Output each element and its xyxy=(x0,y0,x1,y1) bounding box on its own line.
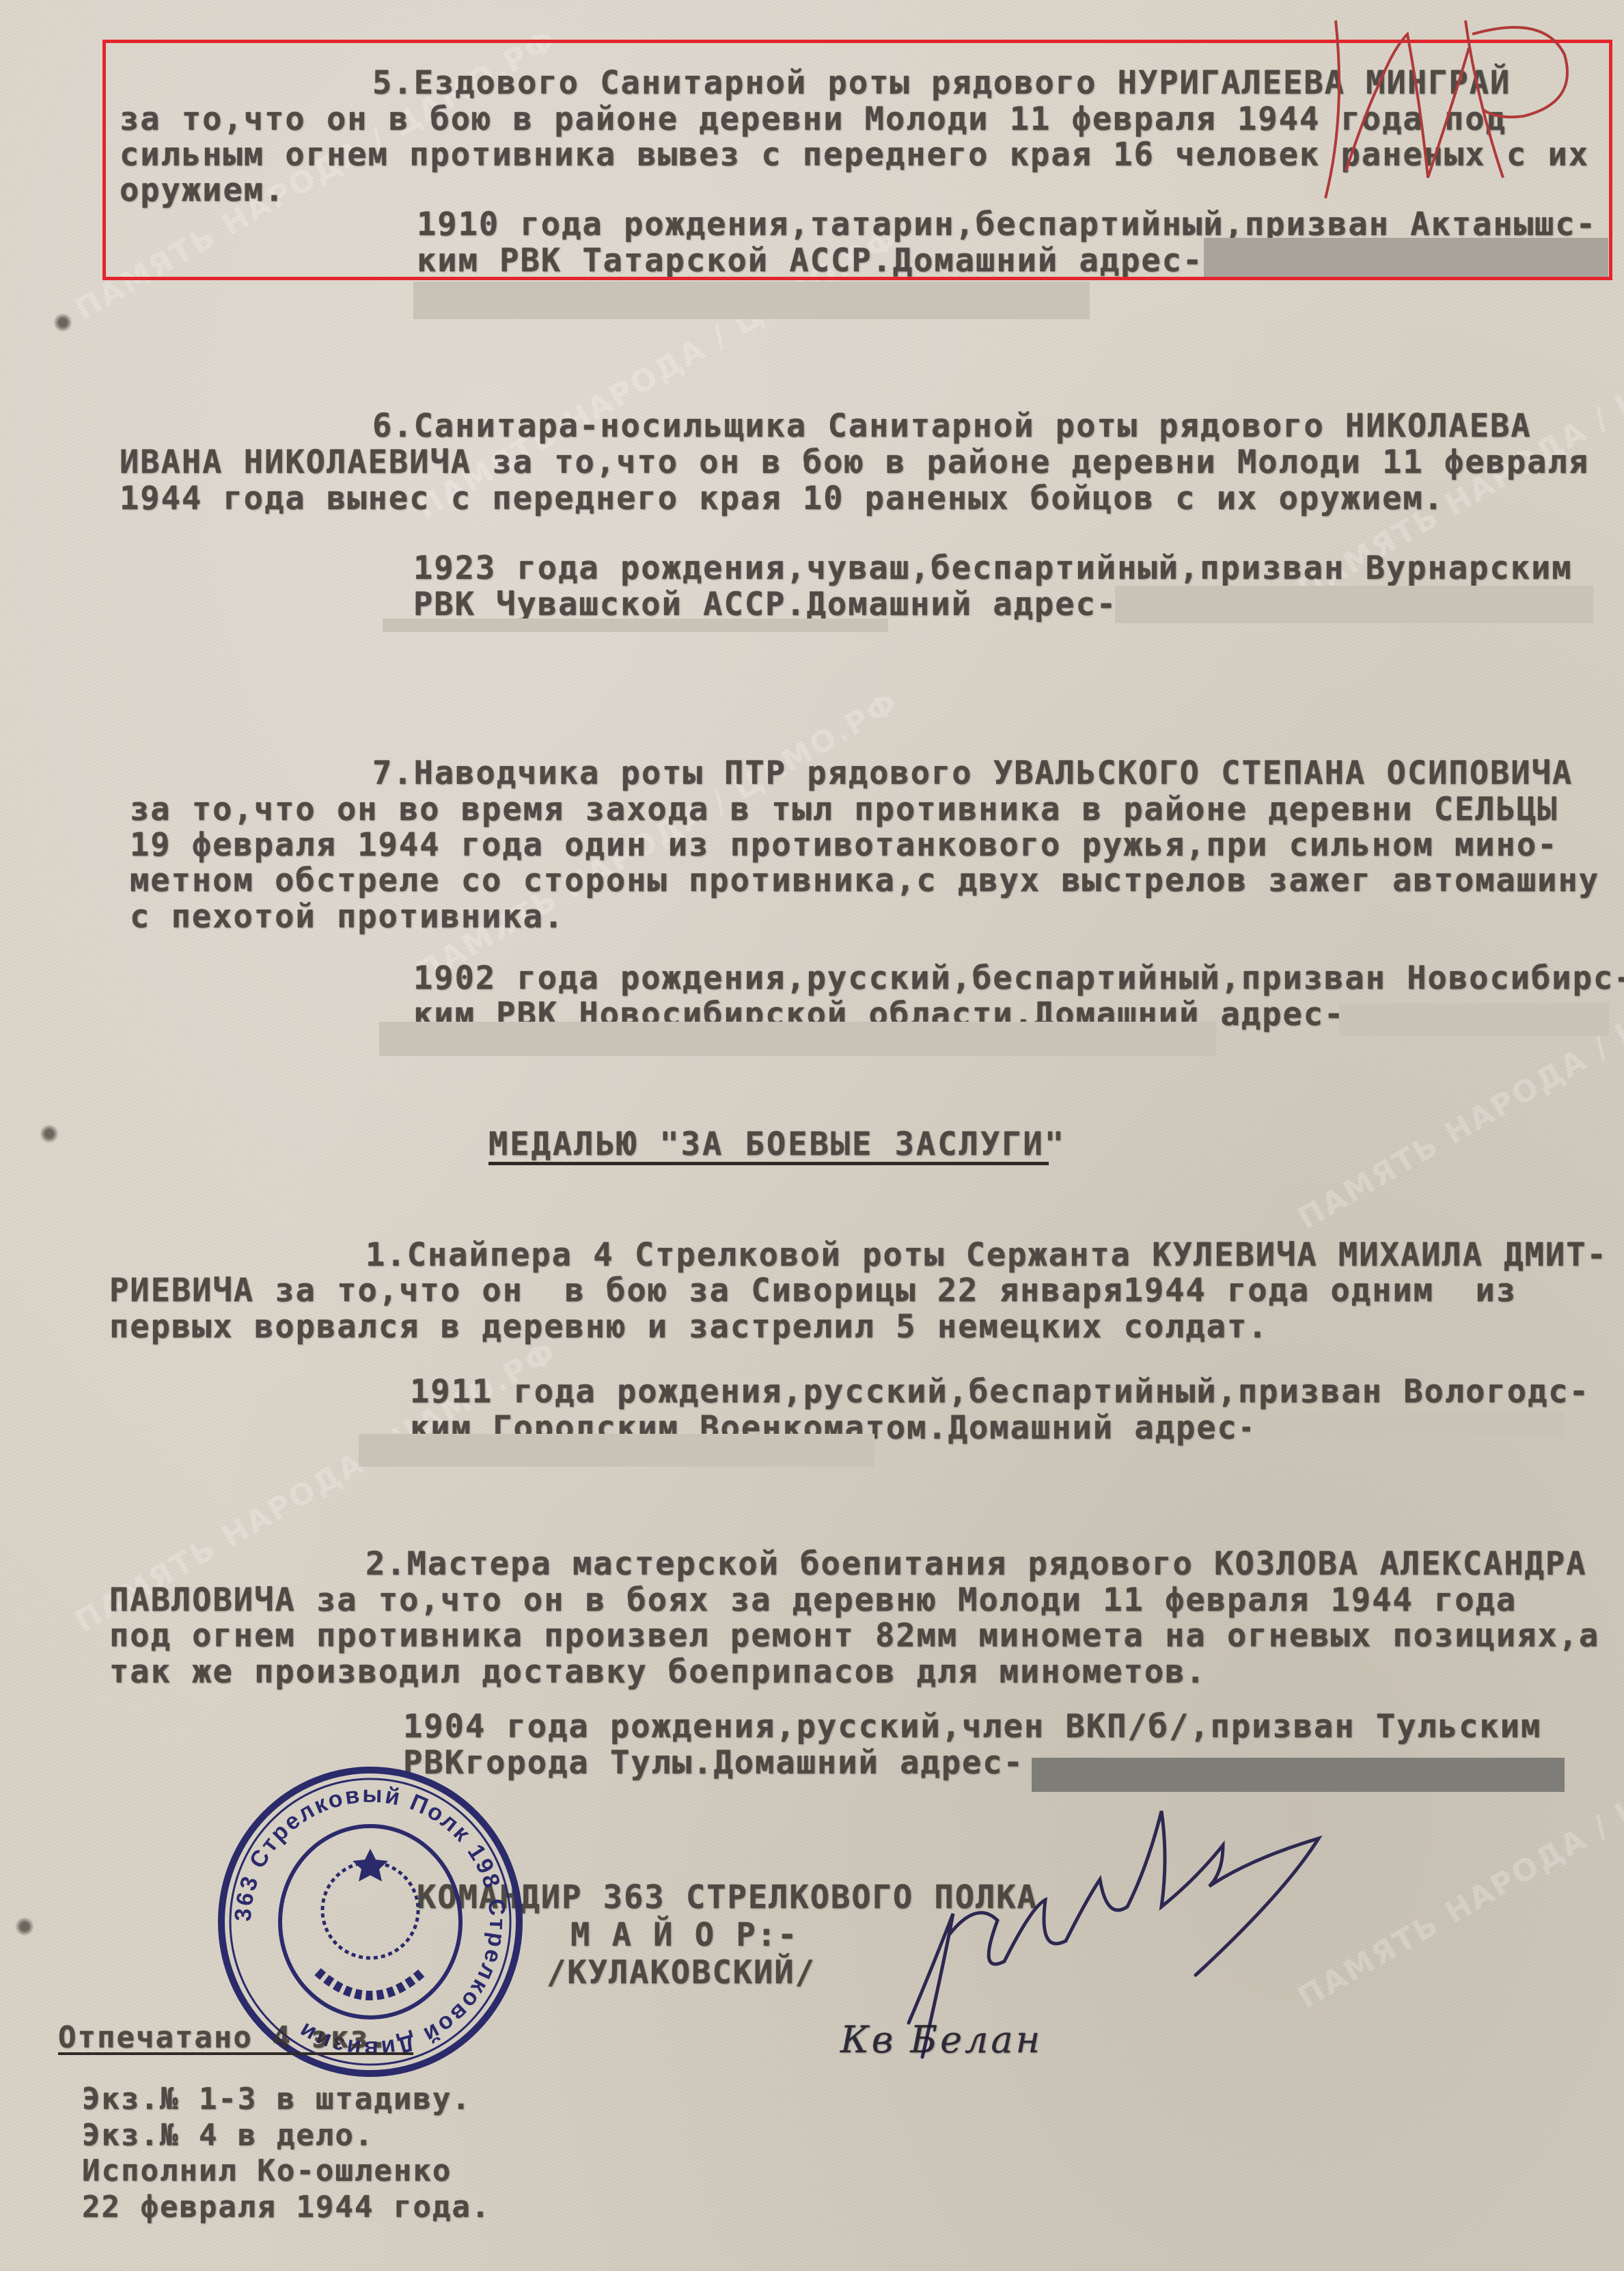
punch-hole xyxy=(15,1917,34,1936)
item-line: 2.Мастера мастерской боепитания рядового… xyxy=(366,1546,1587,1583)
commander-name: /КУЛАКОВСКИЙ/ xyxy=(547,1955,816,1991)
footer-underline xyxy=(58,2052,413,2055)
item-line: метном обстреле со стороны противника,с … xyxy=(130,862,1599,899)
redacted-address xyxy=(1250,1411,1565,1437)
item-line: ИВАНА НИКОЛАЕВИЧА за то,что он в бою в р… xyxy=(120,444,1589,481)
bio-line: 1904 года рождения,русский,член ВКП/б/,п… xyxy=(403,1709,1541,1745)
redacted-address xyxy=(359,1434,875,1467)
item-line: 7.Наводчика роты ПТР рядового УВАЛЬСКОГО… xyxy=(372,755,1573,792)
medal-heading: МЕДАЛЬЮ "ЗА БОЕВЫЕ ЗАСЛУГИ" xyxy=(488,1126,1066,1163)
footer-line: Исполнил Ко-ошленко xyxy=(82,2153,452,2190)
punch-hole xyxy=(40,1124,59,1143)
item-line: 6.Санитара-носильщика Санитарной роты ря… xyxy=(372,408,1532,445)
item-line: с пехотой противника. xyxy=(130,899,564,936)
redacted-address xyxy=(1339,1003,1609,1036)
commander-rank: М А Й О Р:- xyxy=(570,1917,798,1954)
item-line: 1.Снайпера 4 Стрелковой роты Сержанта КУ… xyxy=(366,1237,1608,1274)
item-line: под огнем противника произвел ремонт 82м… xyxy=(109,1618,1599,1655)
redacted-address xyxy=(383,618,888,632)
punch-hole xyxy=(53,313,72,332)
footer-title: Отпечатано 4 экз. xyxy=(58,2020,389,2056)
item-line: 1944 года вынес с переднего края 10 ране… xyxy=(120,480,1444,517)
red-margin-mark xyxy=(1319,7,1624,212)
bio-line: 1911 года рождения,русский,беспартийный,… xyxy=(410,1374,1590,1411)
item-line: так же производил доставку боеприпасов д… xyxy=(109,1654,1207,1691)
redacted-address xyxy=(379,1022,1216,1056)
item-line: ПАВЛОВИЧА за то,что он в боях за деревню… xyxy=(109,1582,1517,1619)
bio-line: 1923 года рождения,чуваш,беспартийный,пр… xyxy=(413,550,1573,587)
item-line: за то,что он во время захода в тыл проти… xyxy=(130,791,1558,828)
heading-underline xyxy=(488,1162,1049,1165)
redacted-address xyxy=(413,282,1090,319)
bio-line: 1902 года рождения,русский,беспартийный,… xyxy=(413,960,1624,997)
footer-line: Экз.№ 1-3 в штадиву. xyxy=(82,2081,471,2118)
item-line: первых ворвался в деревню и застрелил 5 … xyxy=(109,1309,1269,1346)
redacted-address xyxy=(1032,1758,1565,1792)
item-line: РИЕВИЧА за то,что он в бою за Сиворицы 2… xyxy=(109,1273,1517,1309)
handwritten-note: Кв Белан xyxy=(840,2022,1043,2058)
footer-line: Экз.№ 4 в дело. xyxy=(82,2117,374,2154)
redacted-address xyxy=(1115,586,1593,623)
bio-line: РВК Чувашской АССР.Домашний адрес- xyxy=(413,586,1117,623)
footer-line: 22 февраля 1944 года. xyxy=(82,2189,491,2226)
item-line: 19 февраля 1944 года один из противотанк… xyxy=(130,827,1558,864)
